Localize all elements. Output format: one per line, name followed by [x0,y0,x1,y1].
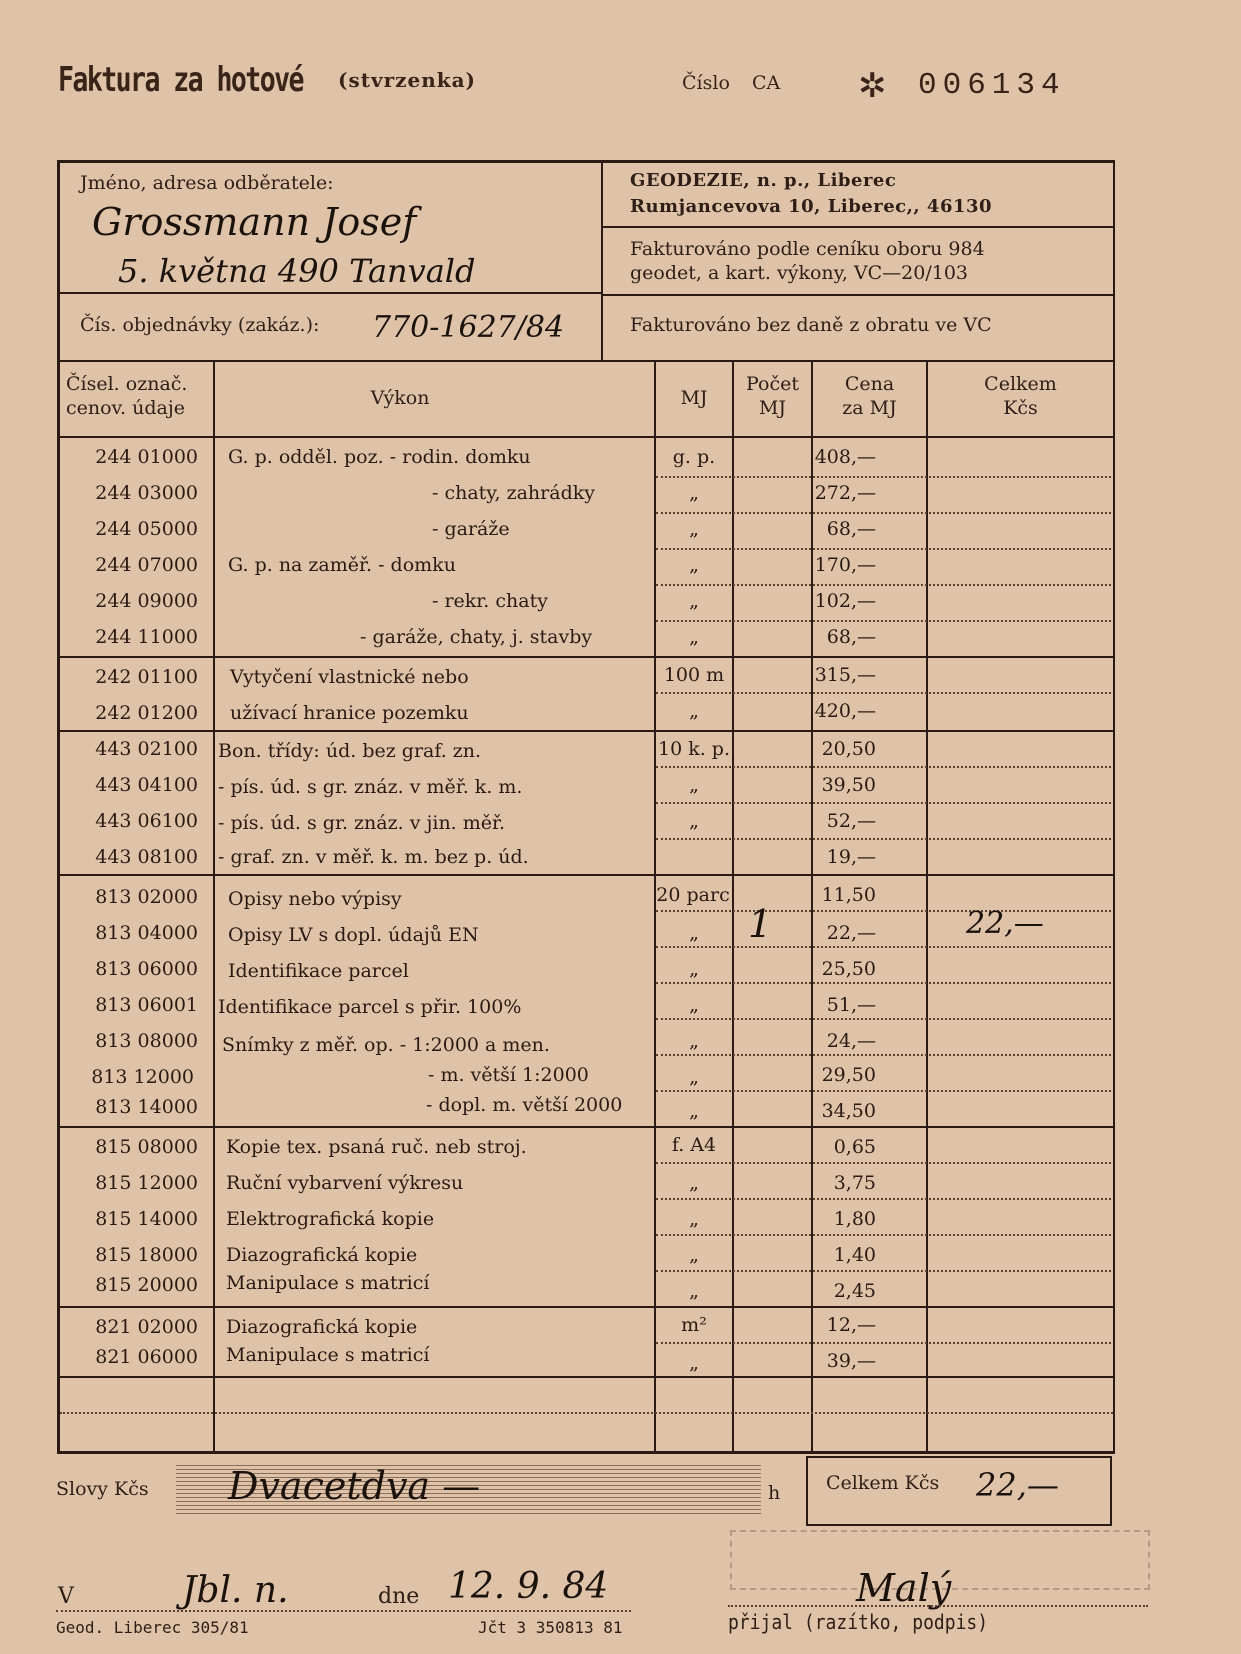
row-description: - garáže [432,518,510,540]
row-code: 242 01200 [68,702,198,724]
group-separator [60,1306,1113,1308]
row-description: - pís. úd. s gr. znáz. v jin. měř. [218,812,505,834]
row-price: 51,— [796,994,876,1016]
row-divider [656,766,1111,768]
document-title: Faktura za hotové [58,60,303,100]
tax-note: Fakturováno bez daně z obratu ve VC [630,314,992,336]
row-code: 244 01000 [68,446,198,468]
row-unit: „ [655,626,733,648]
row-unit: g. p. [655,446,733,468]
row-price: 272,— [796,482,876,504]
signature-underline [728,1605,1148,1607]
footer-form-id: Geod. Liberec 305/81 [56,1618,249,1637]
document-subtitle: (stvrzenka) [338,68,476,92]
row-divider [656,1018,1111,1020]
table-header-bottom-line [60,436,1113,438]
column-header-price-line1: Cena [813,372,926,396]
row-price: 420,— [796,700,876,722]
header-bottom-line [60,360,1113,362]
order-number-field[interactable]: 770-1627/84 [372,310,564,345]
number-label: Číslo [682,72,730,94]
row-code: 813 12000 [64,1066,194,1088]
row-description: - chaty, zahrádky [432,482,595,504]
row-code: 244 11000 [68,626,198,648]
row-price: 39,— [796,1350,876,1372]
row-description: Snímky z měř. op. - 1:2000 a men. [222,1034,550,1056]
row-code: 815 08000 [68,1136,198,1158]
row-description: užívací hranice pozemku [230,702,469,724]
column-header-service: Výkon [215,386,585,410]
row-divider [656,1234,1111,1236]
row-price: 12,— [796,1314,876,1336]
row-description: Manipulace s matricí [226,1272,429,1294]
row-divider [656,620,1111,622]
row-price: 1,40 [796,1244,876,1266]
row-description: Identifikace parcel [228,960,409,982]
row-code: 813 06000 [68,958,198,980]
row-unit: 10 k. p. [655,738,733,760]
supplier-divider-2 [603,294,1113,296]
row-price: 20,50 [796,738,876,760]
row-description: - m. větší 1:2000 [428,1064,589,1086]
row-description: - rekr. chaty [432,590,548,612]
row-price: 11,50 [796,884,876,906]
row-description: Opisy nebo výpisy [228,888,402,910]
column-header-total-line2: Kčs [928,396,1113,420]
row-code: 815 18000 [68,1244,198,1266]
amount-in-words-field[interactable]: Dvacetdva — [228,1464,480,1508]
row-price: 408,— [796,446,876,468]
group-separator [60,656,1113,658]
row-description: Opisy LV s dopl. údajů EN [228,924,479,946]
row-unit: „ [655,1208,733,1230]
row-code: 813 04000 [68,922,198,944]
row-divider [656,1342,1111,1344]
column-header-code-line2: cenov. údaje [66,396,212,420]
row-unit: „ [655,1066,733,1088]
row-unit: „ [655,958,733,980]
row-description: G. p. odděl. poz. - rodin. domku [228,446,531,468]
row-divider [656,548,1111,550]
row-price: 22,— [796,922,876,944]
row-unit: „ [655,994,733,1016]
row-unit: „ [655,922,733,944]
received-label: přijal (razítko, podpis) [728,1610,988,1634]
row-divider [656,512,1111,514]
row-unit: „ [655,518,733,540]
row-divider [656,838,1111,840]
col-divider-code [213,362,215,1452]
row-divider [656,1270,1111,1272]
date-field[interactable]: 12. 9. 84 [448,1566,608,1607]
row-price: 68,— [796,518,876,540]
row-code: 821 06000 [68,1346,198,1368]
column-header-count-line2: MJ [734,396,811,420]
row-code: 443 04100 [68,774,198,796]
row-description: G. p. na zaměř. - domku [228,554,456,576]
column-header-code: Čísel. označ. cenov. údaje [62,372,212,420]
column-header-unit: MJ [656,386,732,410]
h-label: h [768,1482,780,1504]
row-code: 242 01100 [68,666,198,688]
row-price: 34,50 [796,1100,876,1122]
row-price: 3,75 [796,1172,876,1194]
invoice-number: 006134 [918,68,1066,103]
row-divider [656,946,1111,948]
row-code: 815 12000 [68,1172,198,1194]
row-description: Diazografická kopie [226,1316,417,1338]
column-header-count-line1: Počet [734,372,811,396]
row-divider [656,476,1111,478]
row-price: 29,50 [796,1064,876,1086]
row-unit: m² [655,1314,733,1336]
row-description: - graf. zn. v měř. k. m. bez p. úd. [218,846,529,868]
column-header-total-line1: Celkem [928,372,1113,396]
row-description: Identifikace parcel s přir. 100% [218,996,521,1018]
row-unit: „ [655,1280,733,1302]
grand-total-field[interactable]: 22,— [976,1466,1059,1504]
column-header-price-line2: za MJ [813,396,926,420]
column-header-count: Počet MJ [734,372,811,420]
row-price: 24,— [796,1030,876,1052]
row-price: 102,— [796,590,876,612]
row-description: Ruční vybarvení výkresu [226,1172,463,1194]
row-code: 443 02100 [68,738,198,760]
row-price: 68,— [796,626,876,648]
row-description: Manipulace s matricí [226,1344,429,1366]
row-description: - pís. úd. s gr. znáz. v měř. k. m. [218,776,522,798]
row-unit: „ [655,554,733,576]
row-unit: 20 parc [655,884,731,906]
supplier-address: Rumjancevova 10, Liberec,, 46130 [630,196,992,217]
pricing-note-line2: geodet, a kart. výkony, VC—20/103 [630,262,968,284]
row-description: - garáže, chaty, j. stavby [360,626,592,648]
row-count-field[interactable]: 1 [748,902,772,946]
row-unit: „ [655,774,733,796]
column-header-total: Celkem Kčs [928,372,1113,420]
row-divider [656,692,1111,694]
place-field[interactable]: Jbl. n. [182,1570,289,1611]
order-number-label: Čís. objednávky (zakáz.): [80,314,319,336]
column-header-code-line1: Čísel. označ. [66,372,212,396]
row-divider [656,1090,1111,1092]
row-code: 815 20000 [68,1274,198,1296]
row-unit: „ [655,1172,733,1194]
supplier-divider-1 [603,226,1113,228]
row-description: Bon. třídy: úd. bez graf. zn. [218,740,481,762]
col-divider-price [926,362,928,1452]
row-code: 813 06001 [68,994,198,1016]
row-price: 0,65 [796,1136,876,1158]
row-divider [656,584,1111,586]
row-price: 170,— [796,554,876,576]
row-price: 52,— [796,810,876,832]
row-unit: „ [655,810,733,832]
row-description: Vytyčení vlastnické nebo [230,666,469,688]
row-code: 821 02000 [68,1316,198,1338]
customer-divider [60,292,601,294]
row-description: Elektrografická kopie [226,1208,434,1230]
row-description: Kopie tex. psaná ruč. neb stroj. [226,1136,527,1158]
row-unit: „ [655,482,733,504]
row-unit: „ [655,1030,733,1052]
column-header-price: Cena za MJ [813,372,926,420]
row-total-field[interactable]: 22,— [966,906,1044,941]
row-price: 2,45 [796,1280,876,1302]
row-price: 25,50 [796,958,876,980]
row-code: 244 05000 [68,518,198,540]
row-code: 443 06100 [68,810,198,832]
star-ornament-icon: ✲ [858,66,887,106]
row-unit: „ [655,1352,733,1374]
row-description: - dopl. m. větší 2000 [426,1094,622,1116]
row-unit: „ [655,1100,733,1122]
row-divider [656,1198,1111,1200]
group-separator [60,730,1113,732]
customer-label: Jméno, adresa odběratele: [80,172,334,194]
invoice-form-frame [57,160,1115,1454]
supplier-name: GEODEZIE, n. p., Liberec [630,170,896,191]
footer-print-id: Jčt 3 350813 81 [478,1618,623,1637]
row-code: 813 14000 [68,1096,198,1118]
row-divider [656,802,1111,804]
row-divider [656,982,1111,984]
row-price: 315,— [796,664,876,686]
row-code: 813 08000 [68,1030,198,1052]
row-unit: „ [655,590,733,612]
received-signature-field[interactable]: Malý [856,1566,951,1610]
pricing-note-line1: Fakturováno podle ceníku oboru 984 [630,238,985,260]
row-unit: f. A4 [655,1134,733,1156]
row-code: 244 03000 [68,482,198,504]
place-label: V [58,1584,74,1609]
row-code: 443 08100 [68,846,198,868]
row-code: 813 02000 [68,886,198,908]
grand-total-label: Celkem Kčs [826,1472,939,1494]
group-separator [60,1376,1113,1378]
row-code: 244 07000 [68,554,198,576]
customer-address-field[interactable]: 5. května 490 Tanvald [118,252,476,290]
group-separator [60,874,1113,876]
blank-row-divider [60,1412,1113,1414]
row-code: 244 09000 [68,590,198,612]
date-label: dne [378,1584,419,1609]
row-price: 1,80 [796,1208,876,1230]
top-section-divider [601,162,603,362]
row-divider [656,1054,1111,1056]
place-date-underline [56,1610,631,1612]
group-separator [60,1126,1113,1128]
row-price: 39,50 [796,774,876,796]
amount-in-words-label: Slovy Kčs [56,1478,149,1500]
row-price: 19,— [796,846,876,868]
series-label: CA [752,72,780,94]
customer-name-field[interactable]: Grossmann Josef [92,200,416,244]
row-divider [656,1162,1111,1164]
row-unit: „ [655,700,733,722]
row-description: Diazografická kopie [226,1244,417,1266]
row-code: 815 14000 [68,1208,198,1230]
row-unit: „ [655,1244,733,1266]
row-unit: 100 m [655,664,733,686]
